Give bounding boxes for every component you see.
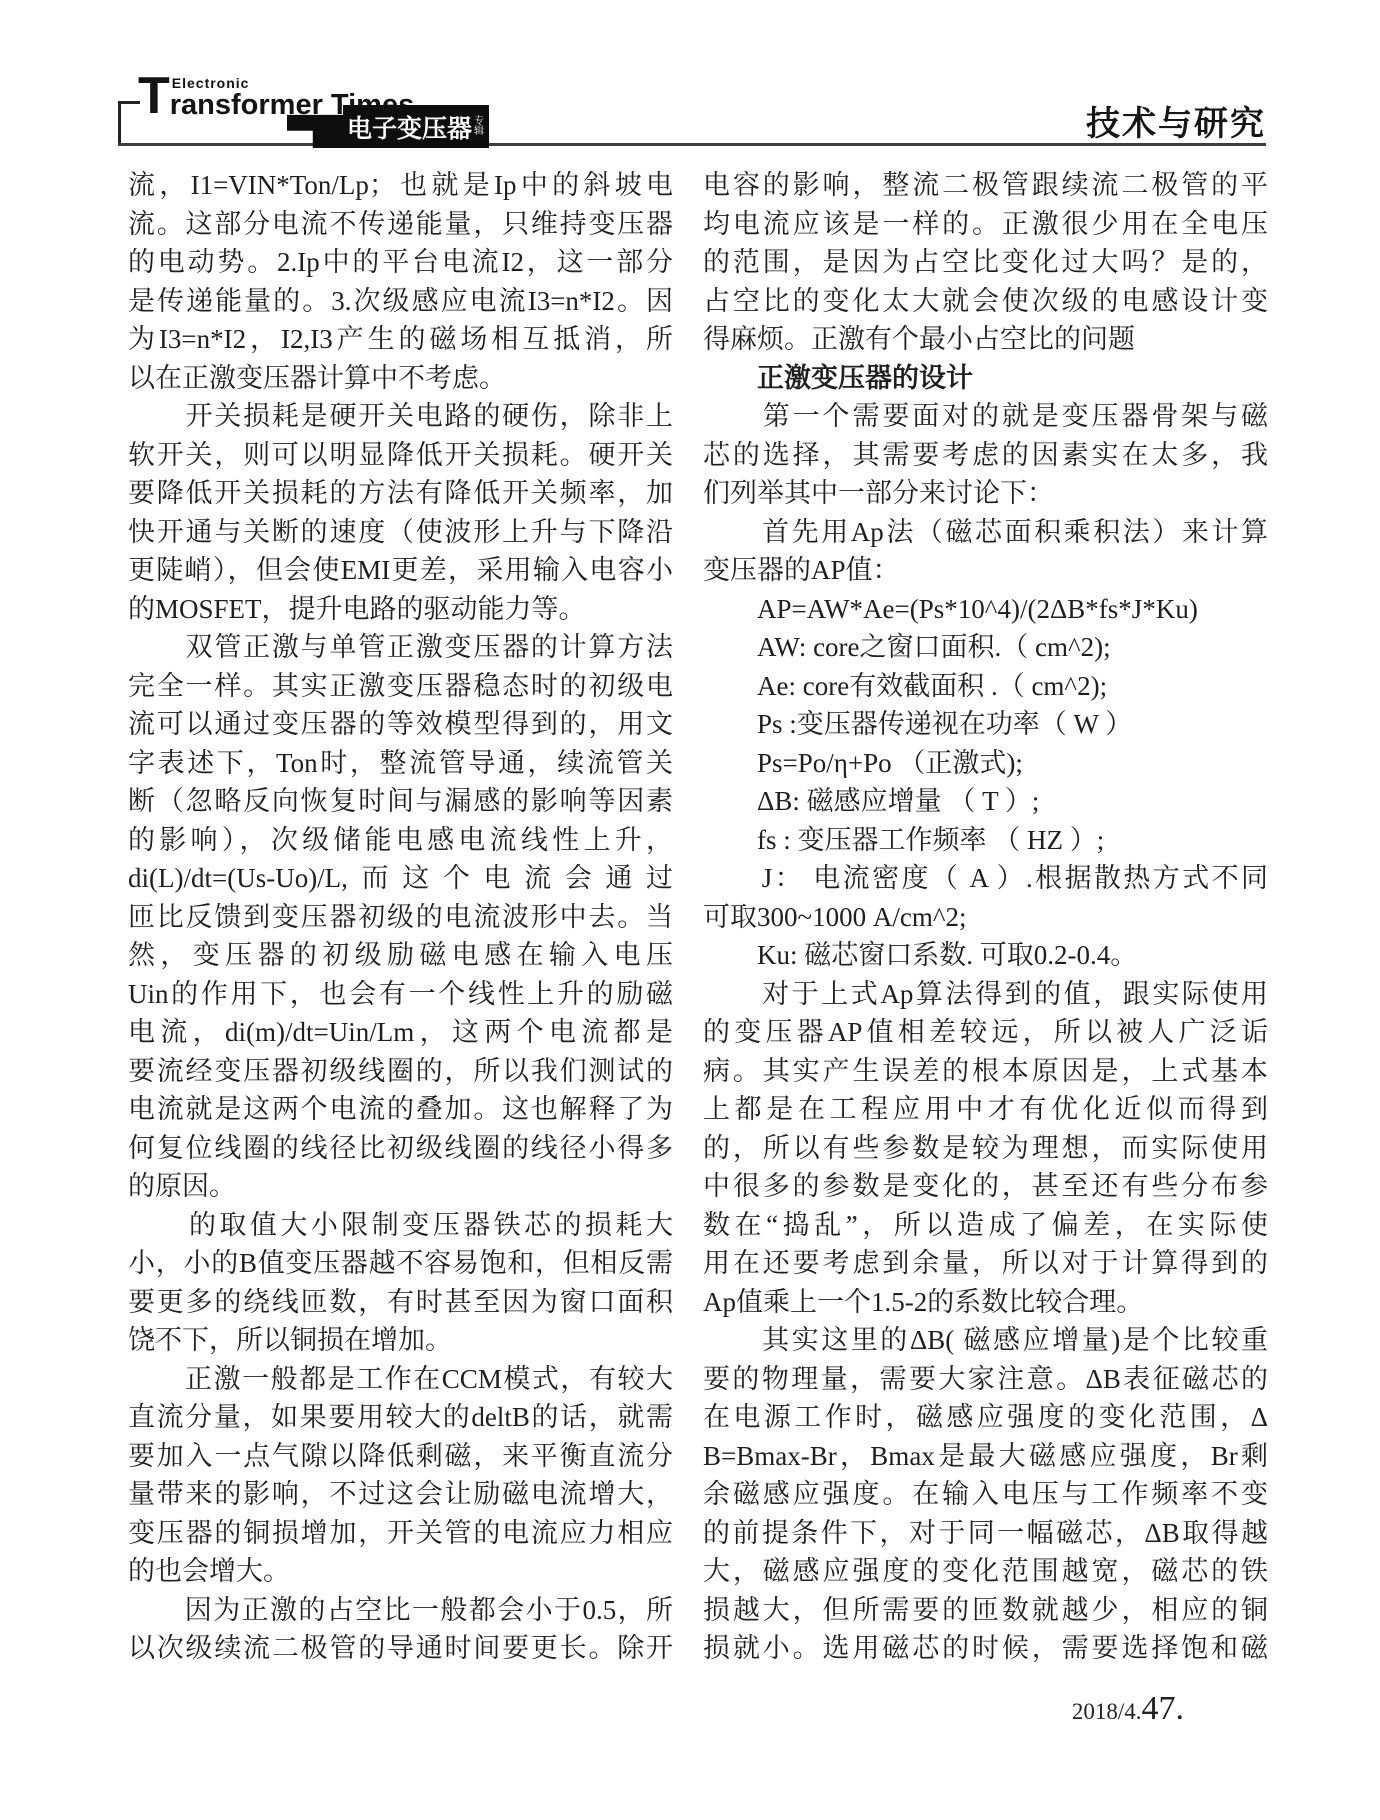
text-line: J： 电流密度（ A ）.根据散热方式不同 [703,859,1268,898]
text-line: AW: core之窗口面积.（ cm^2); [703,628,1268,667]
text-line: 第一个需要面对的就是变压器骨架与磁 [703,397,1268,436]
text-line: 更陡峭），但会使EMI更差，采用输入电容小 [128,551,673,590]
text-line: 要加入一点气隙以降低剩磁，来平衡直流分 [128,1437,673,1476]
text-line: 数在“捣乱”，所以造成了偏差，在实际使 [703,1206,1268,1245]
text-line: 正激变压器的设计 [703,359,1268,398]
text-line: Uin的作用下，也会有一个线性上升的励磁 [128,975,673,1014]
footer-issue: 2018/4. [1072,1699,1142,1724]
article-column-right: 电容的影响，整流二极管跟续流二极管的平均电流应该是一样的。正激很少用在全电压的范… [703,166,1268,1668]
text-line: 电流，di(m)/dt=Uin/Lm，这两个电流都是 [128,1013,673,1052]
text-line: 变压器的铜损增加，开关管的电流应力相应 [128,1514,673,1553]
text-line: 正激一般都是工作在CCM模式，有较大的 [128,1360,673,1399]
text-line: 的变压器AP值相差较远，所以被人广泛诟 [703,1013,1268,1052]
text-line: 匝比反馈到变压器初级的电流波形中去。当 [128,898,673,937]
text-line: 以次级续流二极管的导通时间要更长。除开 [128,1629,673,1668]
masthead-frame-tick [118,101,140,104]
text-line: 的也会增大。 [128,1552,673,1591]
text-line: 要更多的绕线匝数，有时甚至因为窗口面积 [128,1283,673,1322]
text-line: 占空比的变化太大就会使次级的电感设计变 [703,282,1268,321]
text-line: 用在还要考虑到余量，所以对于计算得到的 [703,1244,1268,1283]
text-line: Ae: core有效截面积 .（ cm^2); [703,667,1268,706]
text-line: 何复位线圈的线径比初级线圈的线径小得多 [128,1129,673,1168]
text-line: 芯的选择，其需要考虑的因素实在太多，我 [703,436,1268,475]
banner-title: 电子变压器 [347,109,472,145]
text-line: 为I3=n*I2，I2,I3产生的磁场相互抵消，所 [128,320,673,359]
text-line: 是传递能量的。3.次级感应电流I3=n*I2。因 [128,282,673,321]
text-line: 损越大，但所需要的匝数就越少，相应的铜 [703,1591,1268,1630]
text-line: 电流就是这两个电流的叠加。这也解释了为 [128,1090,673,1129]
text-line: 要的物理量，需要大家注意。ΔB表征磁芯的 [703,1360,1268,1399]
article-column-left: 流，I1=VIN*Ton/Lp；也就是Ip中的斜坡电流。这部分电流不传递能量，只… [128,166,673,1668]
text-line: 流，I1=VIN*Ton/Lp；也就是Ip中的斜坡电 [128,166,673,205]
text-line: 变压器的AP值： [703,551,1268,590]
text-line: 中很多的参数是变化的，甚至还有些分布参 [703,1167,1268,1206]
text-line: 量带来的影响，不过这会让励磁电流增大， [128,1475,673,1514]
footer-page-number: 47. [1142,1690,1185,1727]
text-line: 大，磁感应强度的变化范围越宽，磁芯的铁 [703,1552,1268,1591]
text-line: Ap值乘上一个1.5-2的系数比较合理。 [703,1283,1268,1322]
text-line: Ps :变压器传递视在功率（ W ） [703,705,1268,744]
text-line: 要流经变压器初级线圈的，所以我们测试的 [128,1052,673,1091]
text-line: 开关损耗是硬开关电路的硬伤，除非上 [128,397,673,436]
text-line: 以在正激变压器计算中不考虑。 [128,359,673,398]
text-line: Ps=Po/η+Po （正激式); [703,744,1268,783]
text-line: 要降低开关损耗的方法有降低开关频率，加 [128,474,673,513]
text-line: 流。这部分电流不传递能量，只维持变压器 [128,205,673,244]
text-line: 的范围，是因为占空比变化过大吗？是的， [703,243,1268,282]
text-line: 对于上式Ap算法得到的值，跟实际使用 [703,975,1268,1014]
text-line: AP=AW*Ae=(Ps*10^4)/(2ΔB*fs*J*Ku) [703,590,1268,629]
text-line: 损就小。选用磁芯的时候，需要选择饱和磁 [703,1629,1268,1668]
text-line: 的原因。 [128,1167,673,1206]
masthead-initial: T [138,67,168,125]
text-line: 小，小的B值变压器越不容易饱和，但相反需 [128,1244,673,1283]
masthead-electronic: Electronic [172,76,414,90]
text-line: 其实这里的ΔB( 磁感应增量)是个比较重 [703,1321,1268,1360]
text-line: 的，所以有些参数是较为理想，而实际使用 [703,1129,1268,1168]
text-line: 在电源工作时，磁感应强度的变化范围，Δ [703,1398,1268,1437]
text-line: 断（忽略反向恢复时间与漏感的影响等因素 [128,782,673,821]
text-line: 因为正激的占空比一般都会小于0.5，所 [128,1591,673,1630]
text-line: 软开关，则可以明显降低开关损耗。硬开关 [128,436,673,475]
text-line: 的MOSFET，提升电路的驱动能力等。 [128,590,673,629]
text-line: 余磁感应强度。在输入电压与工作频率不变 [703,1475,1268,1514]
text-line: 的影响），次级储能电感电流线性上升， [128,821,673,860]
text-line: 然，变压器的初级励磁电感在输入电压 [128,936,673,975]
text-line: 流可以通过变压器的等效模型得到的，用文 [128,705,673,744]
text-line: 可取300~1000 A/cm^2; [703,898,1268,937]
section-label: 技术与研究 [1086,96,1266,145]
text-line: 双管正激与单管正激变压器的计算方法 [128,628,673,667]
text-line: 快开通与关断的速度（使波形上升与下降沿 [128,513,673,552]
text-line: 的取值大小限制变压器铁芯的损耗大 [128,1206,673,1245]
text-line: 上都是在工程应用中才有优化近似而得到 [703,1090,1268,1129]
text-line: 的电动势。2.Ip中的平台电流I2，这一部分 [128,243,673,282]
text-line: B=Bmax-Br，Bmax是最大磁感应强度，Br剩 [703,1437,1268,1476]
text-line: 直流分量，如果要用较大的deltB的话，就需 [128,1398,673,1437]
banner-box: 电子变压器 专辑 [343,105,489,148]
magazine-page: { "header": { "masthead": { "t_initial":… [0,0,1380,1820]
text-line: 电容的影响，整流二极管跟续流二极管的平 [703,166,1268,205]
banner-subtitle: 专辑 [474,117,485,137]
text-line: 完全一样。其实正激变压器稳态时的初级电 [128,667,673,706]
text-line: 病。其实产生误差的根本原因是，上式基本 [703,1052,1268,1091]
text-line: 饶不下，所以铜损在增加。 [128,1321,673,1360]
text-line: 的前提条件下，对于同一幅磁芯，ΔB取得越 [703,1514,1268,1553]
page-footer: 2018/4.47. [1072,1690,1184,1728]
text-line: 字表述下，Ton时，整流管导通，续流管关 [128,744,673,783]
text-line: Ku: 磁芯窗口系数. 可取0.2-0.4。 [703,936,1268,975]
text-line: fs : 变压器工作频率 （ HZ ）; [703,821,1268,860]
text-line: 得麻烦。正激有个最小占空比的问题 [703,320,1268,359]
article-body: 流，I1=VIN*Ton/Lp；也就是Ip中的斜坡电流。这部分电流不传递能量，只… [128,166,1268,1668]
text-line: 均电流应该是一样的。正激很少用在全电压 [703,205,1268,244]
text-line: ΔB: 磁感应增量 （ T ）; [703,782,1268,821]
text-line: 首先用Ap法（磁芯面积乘积法）来计算 [703,513,1268,552]
masthead-frame-vertical-line [118,101,121,145]
text-line: di(L)/dt=(Us-Uo)/L,而这个电流会通过 [128,859,673,898]
text-line: 们列举其中一部分来讨论下： [703,474,1268,513]
